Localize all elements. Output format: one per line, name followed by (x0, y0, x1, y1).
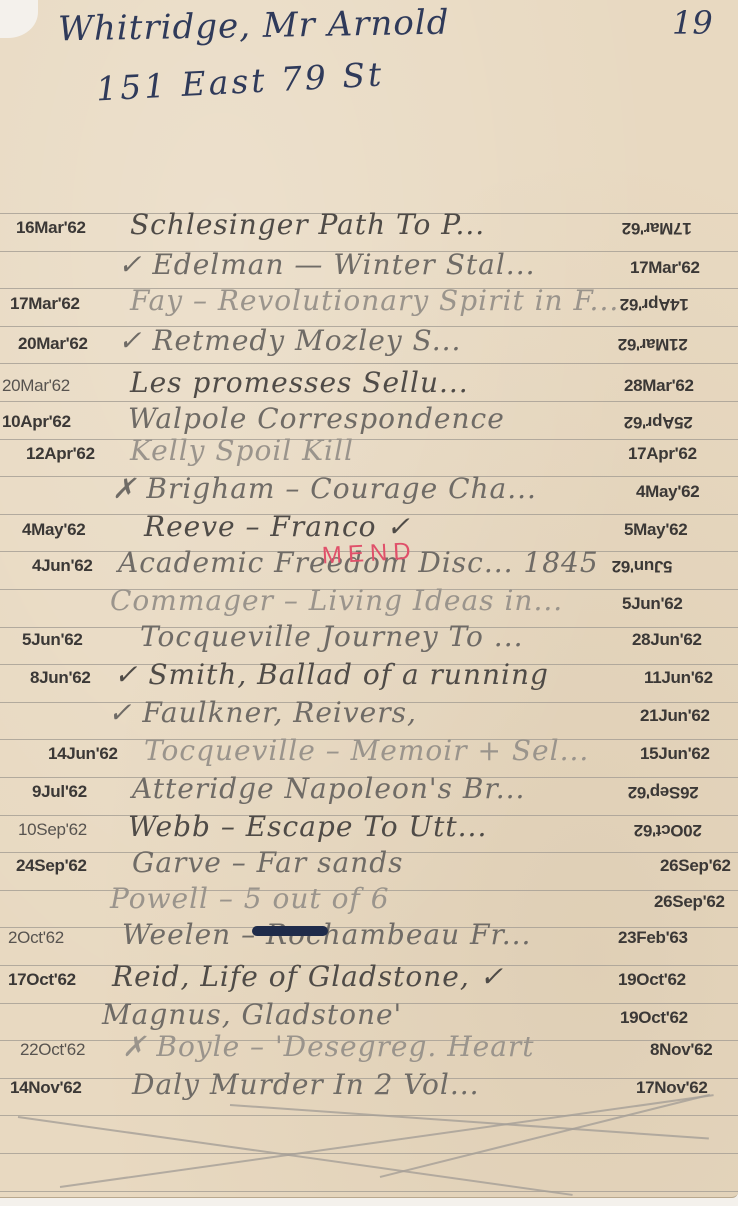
return-date-stamp: 21Jun'62 (640, 706, 710, 726)
book-entry: Fay – Revolutionary Spirit in F... (130, 284, 619, 317)
return-date-stamp: 8Nov'62 (650, 1040, 712, 1060)
checkout-date-stamp: 20Mar'62 (18, 334, 88, 354)
checkout-date-stamp: 4Jun'62 (32, 556, 93, 576)
return-date-stamp: 4May'62 (636, 482, 699, 502)
library-card: Whitridge, Mr Arnold 151 East 79 St 19 1… (0, 0, 738, 1198)
checkout-date-stamp: 17Mar'62 (10, 294, 80, 314)
return-date-stamp: 19Oct'62 (620, 1008, 688, 1028)
return-date-stamp: 26Sep'62 (654, 892, 725, 912)
return-date-stamp: 23Feb'63 (618, 928, 688, 948)
book-entry: Les promesses Sellu... (130, 366, 469, 399)
checkout-date-stamp: 22Oct'62 (20, 1040, 85, 1060)
book-entry: ✗ Boyle – 'Desegreg. Heart (122, 1030, 535, 1063)
return-date-stamp: 20Oct'62 (634, 820, 702, 840)
book-entry: Weelen – Rochambeau Fr... (122, 918, 531, 951)
book-entry: Reid, Life of Gladstone, ✓ (112, 960, 504, 993)
book-entry: Magnus, Gladstone' (102, 998, 402, 1031)
return-date-stamp: 5Jun'62 (612, 556, 673, 576)
checkout-date-stamp: 8Jun'62 (30, 668, 91, 688)
torn-corner (0, 0, 38, 38)
patron-name: Whitridge, Mr Arnold (58, 3, 450, 50)
book-entry: Daly Murder In 2 Vol... (132, 1068, 480, 1101)
book-entry: Atteridge Napoleon's Br... (132, 772, 525, 805)
book-entry: ✗ Brigham – Courage Cha... (112, 472, 537, 505)
book-entry: Schlesinger Path To P... (130, 208, 485, 241)
book-entry: Webb – Escape To Utt... (128, 810, 487, 843)
cross-out-stroke (18, 1116, 573, 1196)
return-date-stamp: 17Nov'62 (636, 1078, 708, 1098)
cross-out-stroke (230, 1104, 709, 1139)
ruled-line (0, 1153, 738, 1154)
ink-blot (252, 926, 328, 936)
checkout-date-stamp: 20Mar'62 (2, 376, 70, 396)
return-date-stamp: 25Apr'62 (624, 412, 693, 432)
checkout-date-stamp: 24Sep'62 (16, 856, 87, 876)
checkout-date-stamp: 10Apr'62 (2, 412, 71, 432)
ruled-line (0, 363, 738, 364)
return-date-stamp: 17Mar'62 (630, 258, 700, 278)
card-number: 19 (672, 4, 713, 42)
return-date-stamp: 28Jun'62 (632, 630, 702, 650)
checkout-date-stamp: 14Nov'62 (10, 1078, 82, 1098)
checkout-date-stamp: 9Jul'62 (32, 782, 87, 802)
return-date-stamp: 5Jun'62 (622, 594, 683, 614)
checkout-date-stamp: 17Oct'62 (8, 970, 76, 990)
checkout-date-stamp: 4May'62 (22, 520, 85, 540)
book-entry: Kelly Spoil Kill (130, 434, 354, 467)
book-entry: Tocqueville – Memoir + Sel... (144, 734, 589, 767)
book-entry: Powell – 5 out of 6 (110, 882, 390, 915)
book-entry: Tocqueville Journey To ... (140, 620, 524, 653)
book-entry: Walpole Correspondence (128, 402, 505, 435)
return-date-stamp: 15Jun'62 (640, 744, 710, 764)
checkout-date-stamp: 12Apr'62 (26, 444, 95, 464)
return-date-stamp: 5May'62 (624, 520, 687, 540)
book-entry: ✓ Edelman — Winter Stal... (118, 248, 536, 281)
book-entry: Garve – Far sands (132, 846, 404, 879)
return-date-stamp: 26Sep'62 (660, 856, 731, 876)
return-date-stamp: 28Mar'62 (624, 376, 694, 396)
ruled-line (0, 1191, 738, 1192)
return-date-stamp: 17Apr'62 (628, 444, 697, 464)
checkout-date-stamp: 2Oct'62 (8, 928, 64, 948)
ruled-line (0, 439, 738, 440)
return-date-stamp: 17Mar'62 (622, 218, 692, 238)
book-entry: ✓ Retmedy Mozley S... (118, 324, 461, 357)
mend-annotation: MEND (321, 538, 417, 571)
return-date-stamp: 26Sep'62 (628, 782, 699, 802)
checkout-date-stamp: 14Jun'62 (48, 744, 118, 764)
book-entry: Commager – Living Ideas in... (110, 584, 563, 617)
return-date-stamp: 14Apr'62 (620, 294, 689, 314)
book-entry: ✓ Smith, Ballad of a running (114, 658, 549, 691)
book-entry: Reeve – Franco ✓ (144, 510, 411, 543)
patron-address: 151 East 79 St (95, 54, 385, 108)
book-entry: ✓ Faulkner, Reivers, (108, 696, 417, 729)
checkout-date-stamp: 10Sep'62 (18, 820, 87, 840)
checkout-date-stamp: 5Jun'62 (22, 630, 83, 650)
return-date-stamp: 19Oct'62 (618, 970, 686, 990)
return-date-stamp: 21Mar'62 (618, 334, 688, 354)
return-date-stamp: 11Jun'62 (644, 668, 713, 688)
checkout-date-stamp: 16Mar'62 (16, 218, 86, 238)
